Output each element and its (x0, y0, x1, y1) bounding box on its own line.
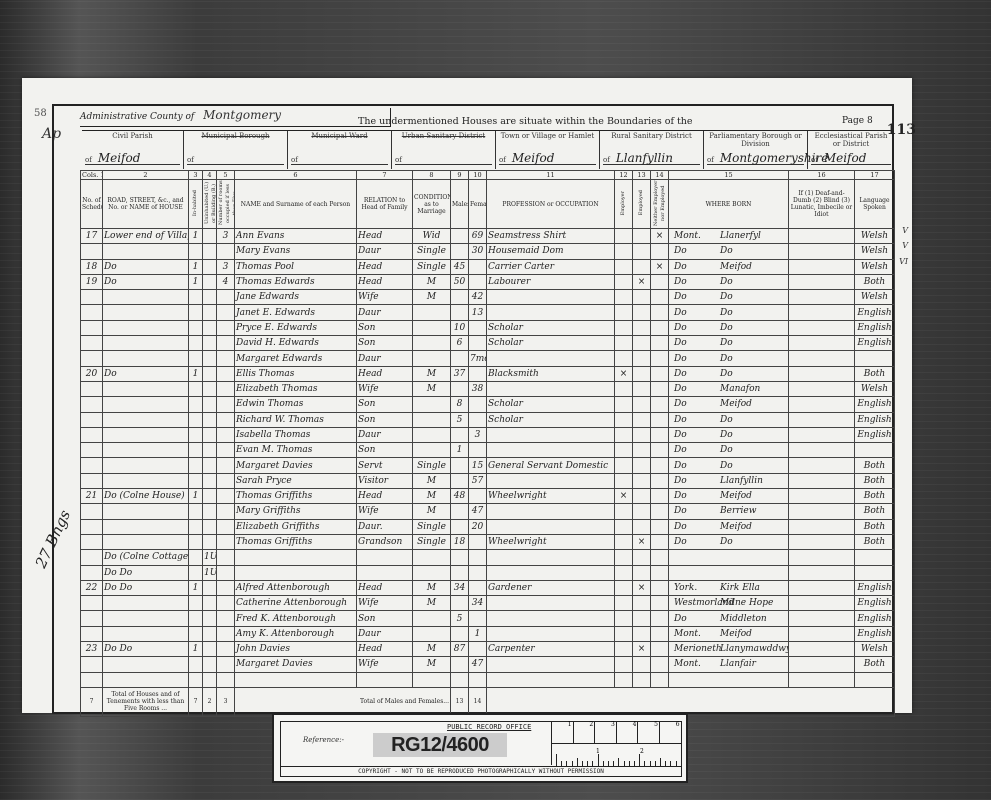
table-row: Fred K. AttenboroughSon5DoMiddletonEngli… (81, 611, 895, 626)
rooms-cell (217, 244, 235, 259)
inch-mark: 2 (640, 748, 644, 755)
neither-cell (651, 489, 669, 504)
relation-cell: Son (357, 443, 413, 458)
rooms-cell (217, 336, 235, 351)
born-place: Do (720, 430, 733, 440)
neither-cell (651, 657, 669, 672)
employer-cell (615, 320, 633, 335)
header-condition: CONDITION as to Marriage (413, 180, 451, 229)
margin-check-mark: V (902, 241, 908, 250)
road-cell (103, 596, 189, 611)
employer-cell (615, 305, 633, 320)
measurement-ruler: 12 123456 (551, 721, 682, 765)
relation-cell (357, 550, 413, 565)
table-row: Isabella ThomasDaur3DoDoEnglish (81, 427, 895, 442)
infirmity-cell (789, 550, 855, 565)
born-place: Do (720, 338, 733, 348)
language-cell: Welsh (855, 381, 895, 396)
occupation-cell (487, 611, 615, 626)
age-female-cell (469, 397, 487, 412)
rooms-cell (217, 580, 235, 595)
age-female-cell (469, 320, 487, 335)
condition-cell (413, 611, 451, 626)
inhabited-cell: 1 (189, 642, 203, 657)
age-female-cell (469, 259, 487, 274)
table-row: Margaret EdwardsDaur7moDoDo (81, 351, 895, 366)
infirmity-cell (789, 259, 855, 274)
born-county: Do (670, 382, 720, 396)
name-cell: Thomas Pool (235, 259, 357, 274)
district-value: ofMeifod (85, 151, 180, 165)
table-row: 23Do Do1John DaviesHeadM87Carpenter×Meri… (81, 642, 895, 657)
table-row: Elizabeth ThomasWifeM38DoManafonWelsh (81, 381, 895, 396)
table-row: Mary GriffithsWifeM47DoBerriewBoth (81, 504, 895, 519)
district-value: ofMontgomeryshire (707, 151, 804, 165)
occupation-cell: Scholar (487, 336, 615, 351)
uninhabited-cell (203, 397, 217, 412)
employer-cell (615, 412, 633, 427)
table-row: 21Do (Colne House)1Thomas GriffithsHeadM… (81, 489, 895, 504)
infirmity-cell (789, 229, 855, 244)
age-female-cell (469, 642, 487, 657)
uninhabited-cell (203, 642, 217, 657)
table-row: 17Lower end of Village13Ann EvansHeadWid… (81, 229, 895, 244)
employed-cell (633, 351, 651, 366)
relation-cell (357, 672, 413, 687)
neither-cell (651, 443, 669, 458)
employer-cell (615, 626, 633, 641)
relation-cell: Head (357, 580, 413, 595)
employer-cell (615, 397, 633, 412)
uninhabited-cell (203, 489, 217, 504)
relation-cell: Daur. (357, 519, 413, 534)
inhabited-cell (189, 473, 203, 488)
neither-cell (651, 320, 669, 335)
reference-number: RG12/4600 (373, 733, 507, 757)
name-cell: Mary Griffiths (235, 504, 357, 519)
employer-cell (615, 351, 633, 366)
neither-cell (651, 366, 669, 381)
cm-mark: 4 (617, 721, 639, 743)
infirmity-cell (789, 320, 855, 335)
inhabited-cell: 1 (189, 259, 203, 274)
uninhabited-cell (203, 504, 217, 519)
language-cell (855, 550, 895, 565)
born-place: Do (720, 292, 733, 302)
age-male-cell (451, 381, 469, 396)
infirmity-cell (789, 596, 855, 611)
uninhabited-cell (203, 427, 217, 442)
age-male-cell (451, 626, 469, 641)
uninhabited-cell (203, 274, 217, 289)
condition-cell (413, 351, 451, 366)
born-county: Do (670, 489, 720, 503)
neither-cell (651, 642, 669, 657)
table-row: Thomas GriffithsGrandsonSingle18Wheelwri… (81, 534, 895, 549)
age-female-cell: 38 (469, 381, 487, 396)
relation-cell: Daur (357, 244, 413, 259)
born-place: Berriew (720, 506, 756, 516)
neither-cell (651, 427, 669, 442)
uninhabited-cell (203, 366, 217, 381)
infirmity-cell (789, 580, 855, 595)
age-male-cell (451, 351, 469, 366)
uninhabited-cell (203, 580, 217, 595)
infirmity-cell (789, 672, 855, 687)
road-cell: Do Do (103, 642, 189, 657)
schedule-cell (81, 320, 103, 335)
relation-cell: Head (357, 259, 413, 274)
column-number: 15 (669, 171, 789, 180)
employer-cell (615, 244, 633, 259)
table-row: Janet E. EdwardsDaur13DoDoEnglish (81, 305, 895, 320)
road-cell (103, 611, 189, 626)
born-place: Do (720, 461, 733, 471)
cm-mark: 6 (660, 721, 682, 743)
relation-cell: Head (357, 366, 413, 381)
condition-cell: M (413, 290, 451, 305)
infirmity-cell (789, 565, 855, 580)
column-number: 7 (357, 171, 413, 180)
name-cell: Isabella Thomas (235, 427, 357, 442)
road-cell (103, 336, 189, 351)
age-male-cell (451, 504, 469, 519)
road-cell (103, 626, 189, 641)
neither-cell (651, 412, 669, 427)
born-place: Do (720, 415, 733, 425)
where-born-cell: DoDo (669, 351, 789, 366)
name-cell: David H. Edwards (235, 336, 357, 351)
age-female-cell: 1 (469, 626, 487, 641)
occupation-cell (487, 473, 615, 488)
employer-cell (615, 565, 633, 580)
age-male-cell (451, 458, 469, 473)
table-row: Amy K. AttenboroughDaur1Mont.MeifodEngli… (81, 626, 895, 641)
infirmity-cell (789, 366, 855, 381)
employed-cell (633, 657, 651, 672)
schedule-cell (81, 427, 103, 442)
born-place: Llanfair (720, 659, 756, 669)
born-place: Milne Hope (720, 598, 773, 608)
language-cell: English (855, 611, 895, 626)
born-place: Do (720, 246, 733, 256)
uninhabited-cell (203, 473, 217, 488)
relation-cell: Head (357, 642, 413, 657)
inhabited-cell: 1 (189, 580, 203, 595)
neither-cell (651, 519, 669, 534)
language-cell: Welsh (855, 642, 895, 657)
inhabited-cell (189, 305, 203, 320)
district-label: Town or Village or Hamlet (499, 132, 596, 148)
name-cell: Ann Evans (235, 229, 357, 244)
age-female-cell: 34 (469, 596, 487, 611)
occupation-cell: Blacksmith (487, 366, 615, 381)
schedule-cell: 21 (81, 489, 103, 504)
name-cell: Margaret Davies (235, 458, 357, 473)
uninhabited-cell: 1U (203, 550, 217, 565)
born-county: Do (670, 336, 720, 350)
header-uninhabited: Uninhabited (U.) or Building (B.) (203, 180, 217, 229)
table-row: Pryce E. EdwardsSon10ScholarDoDoEnglish (81, 320, 895, 335)
age-female-cell: 47 (469, 657, 487, 672)
uninhabited-cell: 1U (203, 565, 217, 580)
age-male-cell (451, 672, 469, 687)
column-number: 4 (203, 171, 217, 180)
uninhabited-cell (203, 596, 217, 611)
condition-cell (413, 412, 451, 427)
uninhabited-cell (203, 259, 217, 274)
condition-cell (413, 672, 451, 687)
header-language: Language Spoken (855, 180, 895, 229)
header-schedule: No. of Schedule (81, 180, 103, 229)
table-row: Margaret DaviesServtSingle15General Serv… (81, 458, 895, 473)
born-county: Merioneth (670, 642, 720, 656)
uninhabited-cell (203, 657, 217, 672)
infirmity-cell (789, 336, 855, 351)
column-header-row: No. of Schedule ROAD, STREET, &c., and N… (81, 180, 895, 229)
total-uninhabited: 2 (203, 687, 217, 716)
district-field: Ecclesiastical Parish or District ofMeif… (808, 131, 894, 169)
employed-cell (633, 320, 651, 335)
neither-cell (651, 580, 669, 595)
language-cell: English (855, 336, 895, 351)
where-born-cell: MerionethLlanymawddwy (669, 642, 789, 657)
inhabited-cell (189, 672, 203, 687)
table-row: 18Do13Thomas PoolHeadSingle45Carrier Car… (81, 259, 895, 274)
column-number: 10 (469, 171, 487, 180)
employer-cell (615, 550, 633, 565)
employer-cell (615, 580, 633, 595)
employed-cell (633, 611, 651, 626)
copyright-notice: COPYRIGHT - NOT TO BE REPRODUCED PHOTOGR… (281, 766, 681, 776)
neither-cell (651, 458, 669, 473)
born-county: Do (670, 260, 720, 274)
header-age-females: Females (469, 180, 487, 229)
uninhabited-cell (203, 534, 217, 549)
inhabited-cell (189, 336, 203, 351)
age-female-cell (469, 672, 487, 687)
inhabited-cell (189, 351, 203, 366)
occupation-cell: Housemaid Dom (487, 244, 615, 259)
column-number-row: Cols. 1234567891011121314151617 (81, 171, 895, 180)
condition-cell: M (413, 596, 451, 611)
neither-cell (651, 305, 669, 320)
road-cell: Do (Colne Cottages) (103, 550, 189, 565)
born-place: Llanerfyl (720, 231, 761, 241)
cm-mark: 3 (595, 721, 617, 743)
occupation-cell (487, 657, 615, 672)
employer-cell (615, 458, 633, 473)
district-field: Municipal Ward of (288, 131, 392, 169)
born-place: Llanymawddwy (720, 644, 789, 654)
language-cell: English (855, 427, 895, 442)
rooms-cell (217, 381, 235, 396)
employed-cell: × (633, 580, 651, 595)
employed-cell (633, 397, 651, 412)
record-office-label: PUBLIC RECORD OFFICE (447, 723, 531, 731)
schedule-cell (81, 351, 103, 366)
age-male-cell: 6 (451, 336, 469, 351)
occupation-cell (487, 672, 615, 687)
employed-cell (633, 366, 651, 381)
born-place: Meifod (720, 629, 752, 639)
header-occupation: PROFESSION or OCCUPATION (487, 180, 615, 229)
born-place: Do (720, 537, 733, 547)
rooms-cell (217, 412, 235, 427)
employer-cell: × (615, 366, 633, 381)
born-county: Do (670, 443, 720, 457)
census-page: 58 Ap 27 Bngs 113 Administrative County … (22, 78, 912, 713)
rooms-cell (217, 596, 235, 611)
schedule-cell: 18 (81, 259, 103, 274)
occupation-cell: Gardener (487, 580, 615, 595)
table-row: David H. EdwardsSon6ScholarDoDoEnglish (81, 336, 895, 351)
schedule-cell (81, 244, 103, 259)
inhabited-cell (189, 596, 203, 611)
neither-cell (651, 244, 669, 259)
left-margin-mark: 58 (34, 108, 47, 119)
where-born-cell (669, 550, 789, 565)
age-male-cell: 5 (451, 611, 469, 626)
inhabited-cell (189, 443, 203, 458)
age-female-cell (469, 550, 487, 565)
name-cell: Mary Evans (235, 244, 357, 259)
name-cell: Sarah Pryce (235, 473, 357, 488)
column-number: Cols. 1 (81, 171, 103, 180)
born-place: Do (720, 445, 733, 455)
where-born-cell: York.Kirk Ella (669, 580, 789, 595)
relation-cell: Head (357, 489, 413, 504)
where-born-cell: WestmorlandMilne Hope (669, 596, 789, 611)
employer-cell (615, 534, 633, 549)
age-female-cell (469, 489, 487, 504)
rooms-cell (217, 351, 235, 366)
inhabited-cell: 1 (189, 274, 203, 289)
inhabited-cell (189, 504, 203, 519)
rooms-cell: 4 (217, 274, 235, 289)
born-county: Do (670, 352, 720, 366)
born-county: Do (670, 290, 720, 304)
where-born-cell: DoDo (669, 427, 789, 442)
employed-cell (633, 565, 651, 580)
column-number: 16 (789, 171, 855, 180)
header-infirmity: If (1) Deaf-and-Dumb (2) Blind (3) Lunat… (789, 180, 855, 229)
employer-cell (615, 443, 633, 458)
column-number: 13 (633, 171, 651, 180)
infirmity-cell (789, 397, 855, 412)
district-label: Municipal Ward (291, 132, 388, 148)
born-county: Do (670, 413, 720, 427)
condition-cell: Single (413, 519, 451, 534)
rooms-cell (217, 626, 235, 641)
employer-cell (615, 657, 633, 672)
condition-cell (413, 336, 451, 351)
road-cell (103, 519, 189, 534)
column-number: 9 (451, 171, 469, 180)
name-cell: Thomas Griffiths (235, 489, 357, 504)
header-where-born: WHERE BORN (669, 180, 789, 229)
occupation-cell: Labourer (487, 274, 615, 289)
road-cell (103, 244, 189, 259)
where-born-cell: DoDo (669, 366, 789, 381)
uninhabited-cell (203, 412, 217, 427)
table-row: Margaret DaviesWifeM47Mont.LlanfairBoth (81, 657, 895, 672)
language-cell: English (855, 580, 895, 595)
condition-cell: Wid (413, 229, 451, 244)
name-cell: Pryce E. Edwards (235, 320, 357, 335)
occupation-cell (487, 550, 615, 565)
language-cell: English (855, 626, 895, 641)
name-cell (235, 550, 357, 565)
relation-cell (357, 565, 413, 580)
age-female-cell: 69 (469, 229, 487, 244)
language-cell: English (855, 412, 895, 427)
road-cell: Lower end of Village (103, 229, 189, 244)
age-male-cell (451, 519, 469, 534)
name-cell: Janet E. Edwards (235, 305, 357, 320)
employed-cell (633, 427, 651, 442)
name-cell: Alfred Attenborough (235, 580, 357, 595)
age-female-cell (469, 412, 487, 427)
inhabited-cell: 1 (189, 489, 203, 504)
employed-cell (633, 504, 651, 519)
district-value: ofLlanfyllin (603, 151, 700, 165)
table-row: Sarah PryceVisitorM57DoLlanfyllinBoth (81, 473, 895, 488)
occupation-cell: Scholar (487, 320, 615, 335)
relation-cell: Head (357, 229, 413, 244)
schedule-cell (81, 611, 103, 626)
neither-cell (651, 596, 669, 611)
rooms-cell (217, 504, 235, 519)
occupation-cell (487, 626, 615, 641)
age-female-cell (469, 580, 487, 595)
header-employed: Employed (633, 180, 651, 229)
age-male-cell (451, 550, 469, 565)
age-female-cell: 7mo (469, 351, 487, 366)
employed-cell (633, 305, 651, 320)
where-born-cell: DoLlanfyllin (669, 473, 789, 488)
age-male-cell (451, 244, 469, 259)
district-field: Rural Sanitary District ofLlanfyllin (600, 131, 704, 169)
born-county: Do (670, 306, 720, 320)
condition-cell (413, 550, 451, 565)
road-cell: Do (103, 274, 189, 289)
road-cell (103, 290, 189, 305)
road-cell (103, 305, 189, 320)
age-male-cell: 1 (451, 443, 469, 458)
district-label: Urban Sanitary District (395, 132, 492, 148)
column-number: 12 (615, 171, 633, 180)
relation-cell: Daur (357, 351, 413, 366)
employed-cell (633, 596, 651, 611)
neither-cell (651, 336, 669, 351)
language-cell (855, 672, 895, 687)
relation-cell: Servt (357, 458, 413, 473)
table-row: Catherine AttenboroughWifeM34Westmorland… (81, 596, 895, 611)
condition-cell: M (413, 657, 451, 672)
employed-cell (633, 519, 651, 534)
rooms-cell (217, 519, 235, 534)
schedule-cell (81, 657, 103, 672)
language-cell: Welsh (855, 259, 895, 274)
age-female-cell (469, 366, 487, 381)
schedule-cell (81, 626, 103, 641)
where-born-cell: DoMeifod (669, 259, 789, 274)
language-cell: Both (855, 274, 895, 289)
employed-cell: × (633, 534, 651, 549)
road-cell (103, 397, 189, 412)
language-cell: Both (855, 519, 895, 534)
